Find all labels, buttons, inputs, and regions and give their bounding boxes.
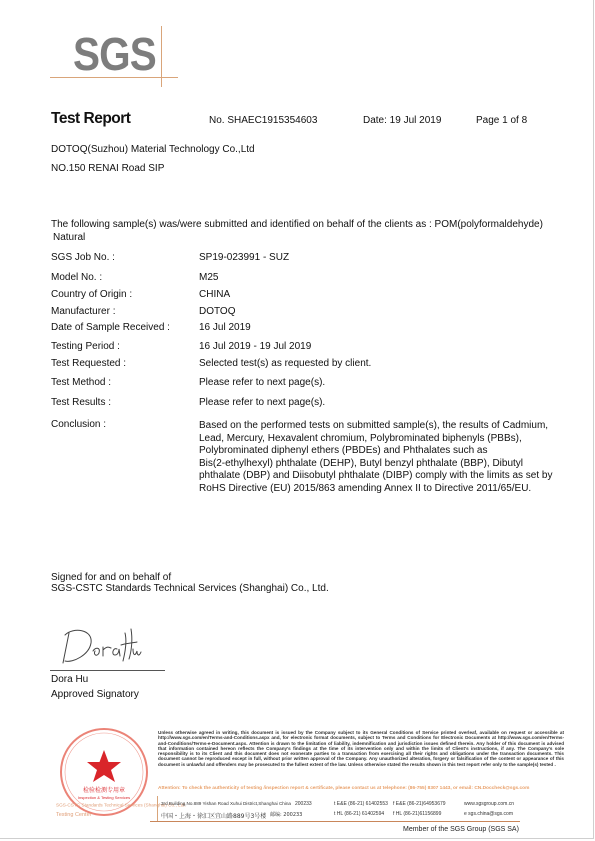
field-label-test-requested: Test Requested :	[51, 358, 126, 369]
conclusion-line: Bis(2-ethylhexyl) phthalate (DEHP), Buty…	[199, 458, 559, 471]
field-label-test-method: Test Method :	[51, 377, 111, 388]
signing-company: SGS-CSTC Standards Technical Services (S…	[51, 583, 329, 594]
report-number: No. SHAEC1915354603	[209, 115, 317, 126]
conclusion-line: RoHS Directive (EU) 2015/863 amending An…	[199, 483, 559, 496]
fax-ee: f E&E (86-21)64953679	[393, 801, 446, 807]
conclusion-text: Based on the performed tests on submitte…	[199, 420, 559, 496]
field-value-manufacturer: DOTOQ	[199, 306, 235, 317]
fax-hl: f HL (86-21)61156899	[393, 811, 441, 817]
field-label-country: Country of Origin :	[51, 289, 132, 300]
conclusion-line: Polybrominated diphenyl ethers (PBDEs) a…	[199, 445, 559, 458]
field-value-job-no: SP19-023991 - SUZ	[199, 252, 289, 263]
signatory-role: Approved Signatory	[51, 689, 139, 701]
website-link[interactable]: www.sgsgroup.com.cn	[464, 801, 514, 807]
stamp-caption-center: Testing Center	[56, 812, 91, 818]
field-label-manufacturer: Manufacturer :	[51, 306, 115, 317]
conclusion-line: Based on the performed tests on submitte…	[199, 420, 559, 433]
field-value-model-no: M25	[199, 272, 218, 283]
conclusion-line: phthalate (DBP) and Diisobutyl phthalate…	[199, 470, 559, 483]
signed-on-behalf-label: Signed for and on behalf of	[51, 572, 171, 583]
page-title: Test Report	[51, 110, 130, 128]
field-label-test-results: Test Results :	[51, 397, 111, 408]
stamp-center-en: Inspection & Testing Services	[78, 795, 130, 800]
field-value-test-requested: Selected test(s) as requested by client.	[199, 358, 371, 369]
field-value-testing-period: 16 Jul 2019 - 19 Jul 2019	[199, 341, 311, 352]
sample-description: Natural	[53, 232, 85, 244]
field-value-test-method: Please refer to next page(s).	[199, 377, 325, 388]
address-en: 3rd Building,No.889 Yishan Road Xuhui Di…	[161, 801, 291, 806]
footer-horizontal-rule	[150, 821, 520, 822]
logo-vertical-rule	[161, 26, 162, 87]
sgs-logo: SGS	[73, 28, 156, 80]
signature-line	[50, 670, 165, 671]
conclusion-line: Lead, Mercury, Hexavalent chromium, Poly…	[199, 433, 559, 446]
signatory-name: Dora Hu	[51, 674, 88, 686]
field-label-received: Date of Sample Received :	[51, 322, 170, 333]
address-cn: 中国・上海・徐汇区宜山路889号3号楼	[161, 811, 266, 820]
legal-disclaimer: Unless otherwise agreed in writing, this…	[158, 730, 564, 767]
field-label-job-no: SGS Job No. :	[51, 252, 115, 263]
report-date: Date: 19 Jul 2019	[363, 115, 441, 126]
client-address: NO.150 RENAI Road SIP	[51, 163, 164, 175]
field-value-country: CHINA	[199, 289, 230, 300]
authenticity-notice: Attention: To check the authenticity of …	[158, 786, 564, 791]
logo-horizontal-rule	[50, 77, 178, 78]
conclusion-label: Conclusion :	[51, 419, 106, 430]
page-number: Page 1 of 8	[476, 115, 527, 126]
intro-line: The following sample(s) was/were submitt…	[51, 219, 543, 231]
sgs-group-membership: Member of the SGS Group (SGS SA)	[403, 826, 519, 833]
document-page: SGS Test Report No. SHAEC1915354603 Date…	[0, 0, 594, 839]
postcode-cn: 邮编: 200233	[270, 811, 302, 818]
field-value-test-results: Please refer to next page(s).	[199, 397, 325, 408]
stamp-center-cn: 检验检测专用章	[83, 786, 125, 794]
client-name: DOTOQ(Suzhou) Material Technology Co.,Lt…	[51, 144, 255, 156]
field-label-model-no: Model No. :	[51, 272, 102, 283]
telephone-ee: t E&E (86-21) 61402553	[334, 801, 388, 807]
email-link[interactable]: e sgs.china@sgs.com	[464, 811, 513, 817]
postcode-en: 200233	[295, 801, 312, 807]
field-label-testing-period: Testing Period :	[51, 341, 120, 352]
handwritten-signature	[55, 625, 145, 667]
telephone-hl: t HL (86-21) 61402594	[334, 811, 384, 817]
field-value-received: 16 Jul 2019	[199, 322, 251, 333]
footer-vertical-rule	[157, 796, 158, 821]
